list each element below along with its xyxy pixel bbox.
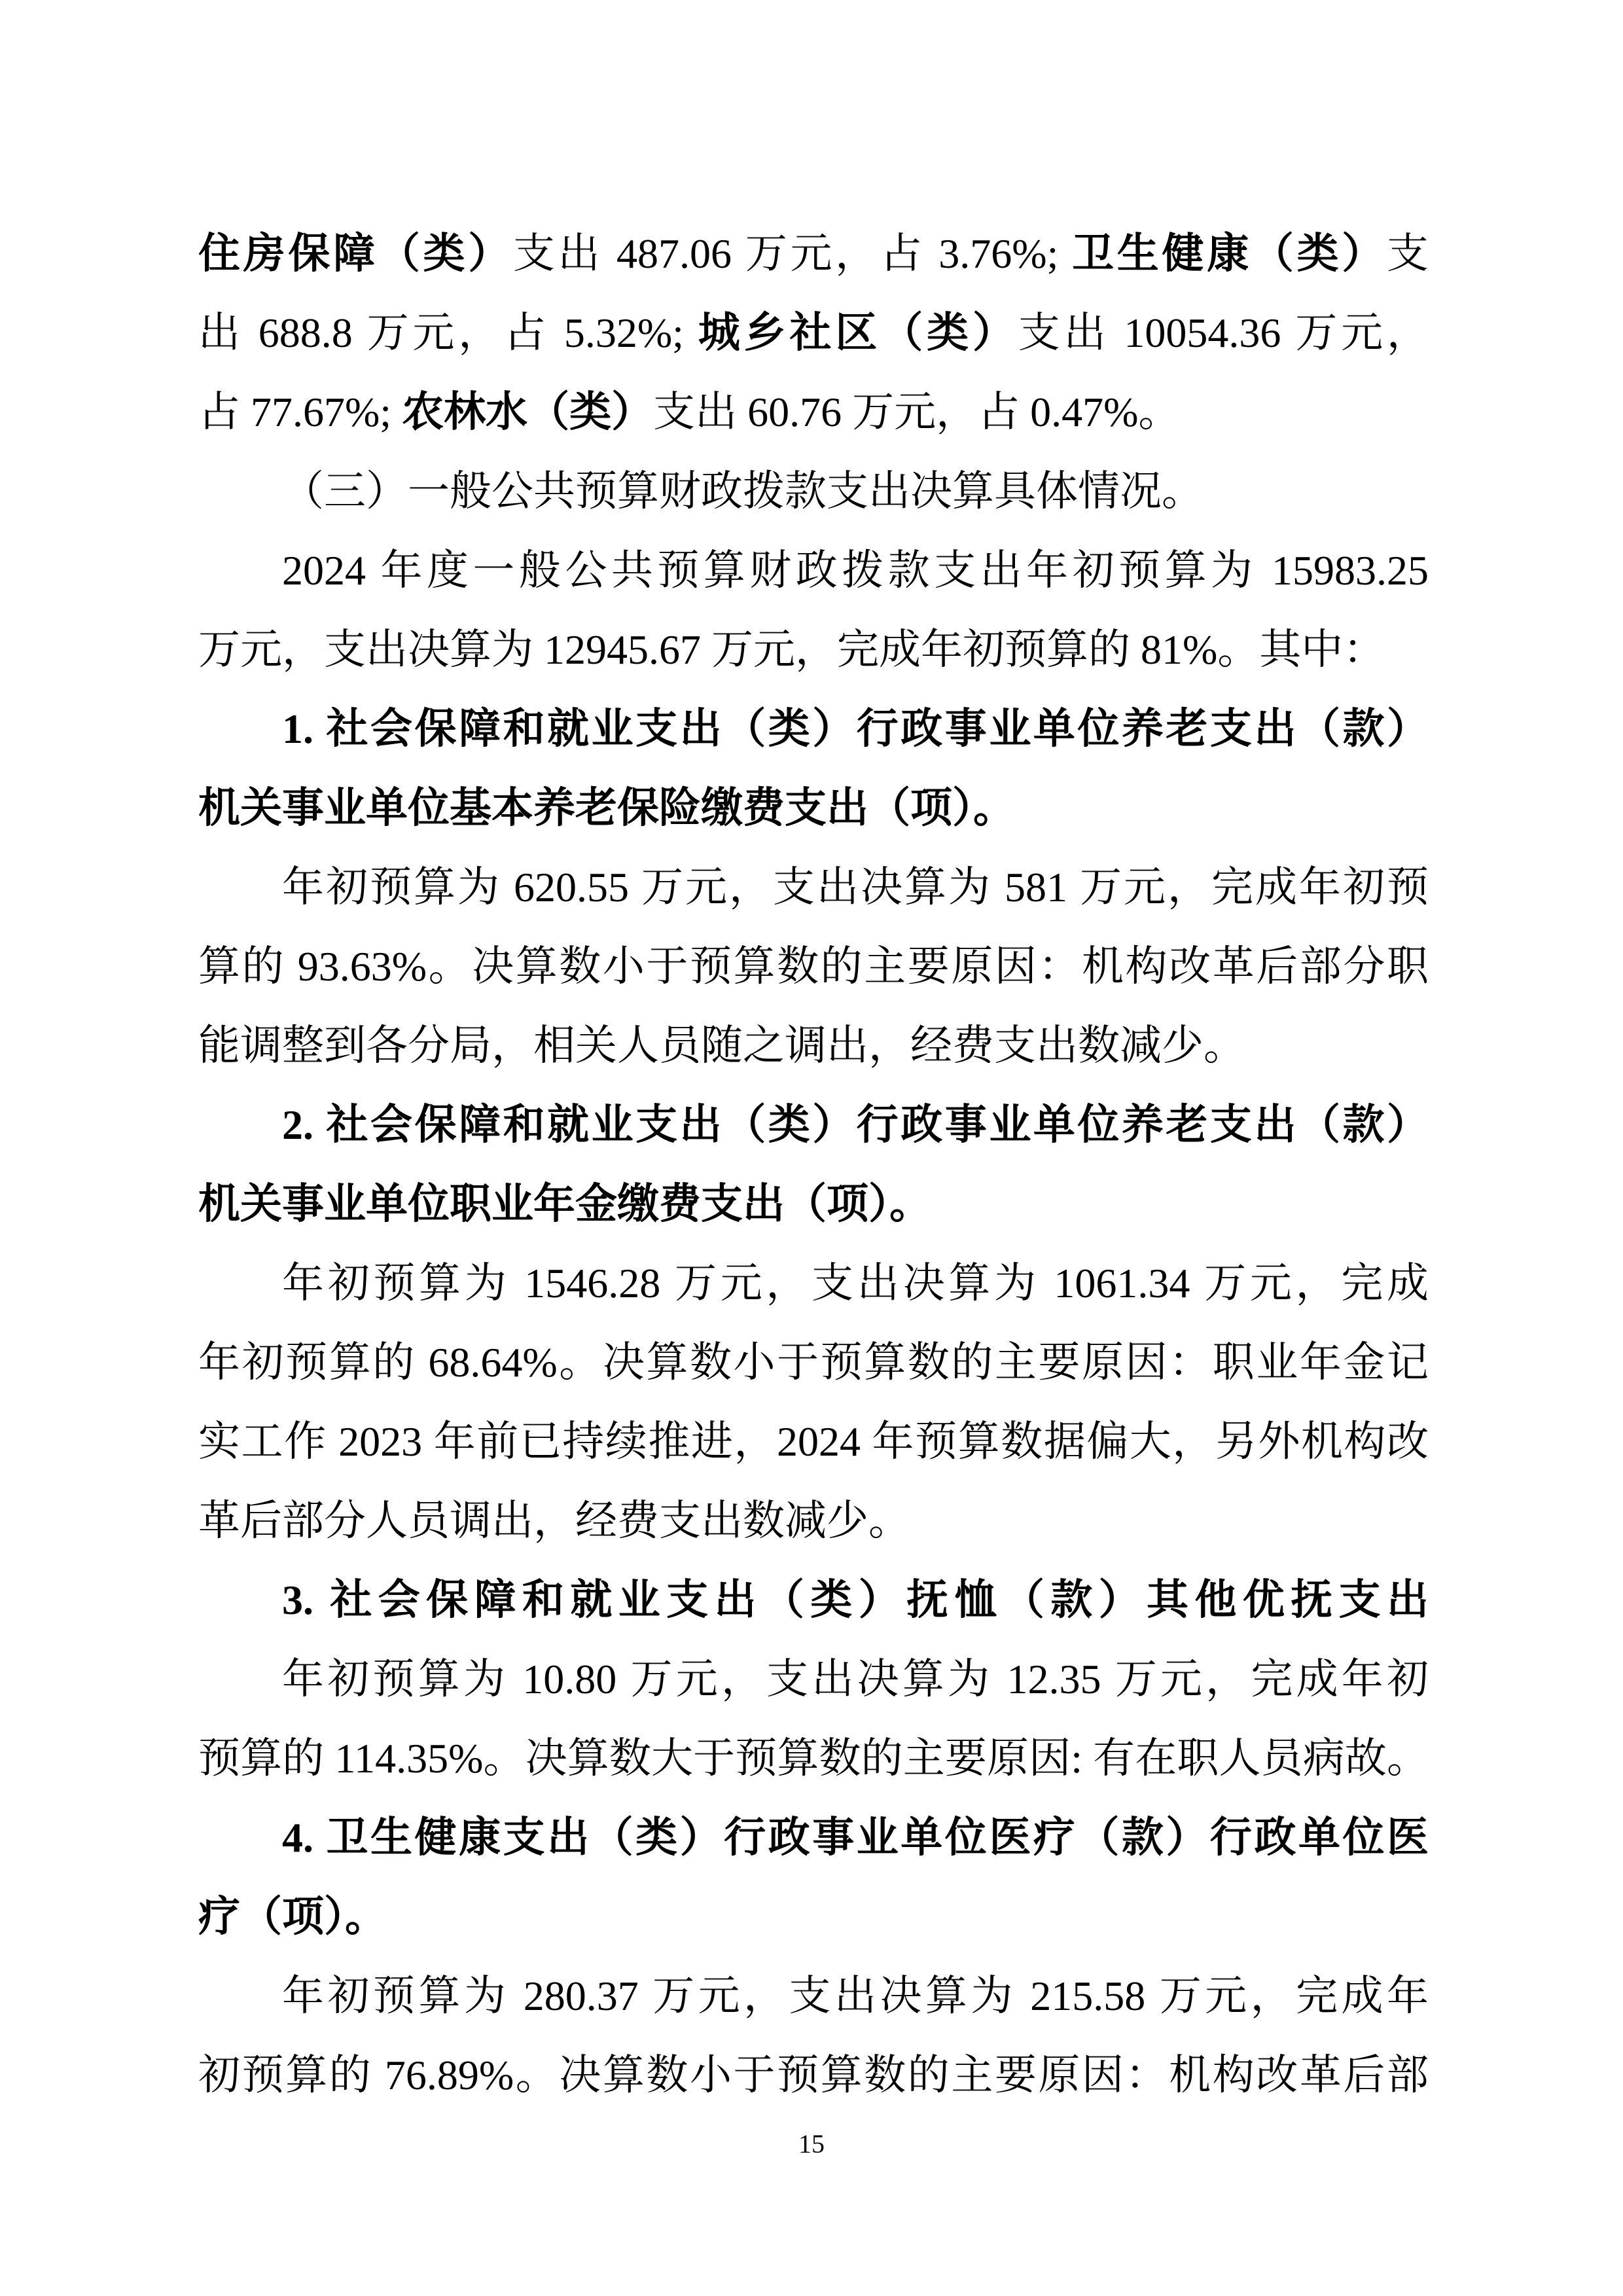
text-line: 住房保障（类）支出 487.06 万元，占 3.76%; 卫生健康（类）支 xyxy=(198,214,1429,293)
body-text: 年初预算为 280.37 万元，支出决算为 215.58 万元，完成年 xyxy=(282,1973,1429,2019)
emphasized-text: 4. 卫生健康支出（类）行政事业单位医疗（款）行政单位医 xyxy=(282,1814,1429,1861)
body-text: 支出 487.06 万元，占 3.76%; xyxy=(513,230,1072,277)
text-line: 预算的 114.35%。决算数大于预算数的主要原因: 有在职人员病故。 xyxy=(198,1719,1429,1798)
emphasized-text: 卫生健康（类） xyxy=(1072,230,1387,277)
text-line: 出 688.8 万元，占 5.32%; 城乡社区（类）支出 10054.36 万… xyxy=(198,293,1429,372)
body-text: 革后部分人员调出，经费支出数减少。 xyxy=(198,1498,910,1544)
text-line: 能调整到各分局，相关人员随之调出，经费支出数减少。 xyxy=(198,1006,1429,1085)
emphasized-text: 机关事业单位基本养老保险缴费支出（项）。 xyxy=(198,785,1015,831)
body-text: 算的 93.63%。决算数小于预算数的主要原因：机构改革后部分职 xyxy=(198,943,1429,990)
emphasized-text: 疗（项）。 xyxy=(198,1893,387,1940)
body-text: 出 688.8 万元，占 5.32%; xyxy=(198,310,698,356)
body-text: 占 77.67%; xyxy=(198,389,402,435)
emphasized-text: 3. 社会保障和就业支出（类）抚恤（款）其他优抚支出（项）。 xyxy=(198,1577,1429,1640)
document-lines: 住房保障（类）支出 487.06 万元，占 3.76%; 卫生健康（类）支出 6… xyxy=(198,214,1429,2115)
emphasized-text: 城乡社区（类） xyxy=(698,310,1018,356)
emphasized-text: 1. 社会保障和就业支出（类）行政事业单位养老支出（款） xyxy=(282,706,1429,752)
text-line: 机关事业单位职业年金缴费支出（项）。 xyxy=(198,1164,1429,1244)
emphasized-text: 农林水（类） xyxy=(402,389,653,435)
body-text: 支 xyxy=(1387,230,1429,277)
text-line: 3. 社会保障和就业支出（类）抚恤（款）其他优抚支出（项）。 xyxy=(198,1560,1429,1640)
text-line: 实工作 2023 年前已持续推进，2024 年预算数据偏大，另外机构改 xyxy=(198,1402,1429,1481)
body-text: 年初预算的 68.64%。决算数小于预算数的主要原因：职业年金记 xyxy=(198,1339,1429,1386)
text-line: 年初预算为 620.55 万元，支出决算为 581 万元，完成年初预 xyxy=(198,848,1429,927)
body-text: 万元，支出决算为 12945.67 万元，完成年初预算的 81%。其中： xyxy=(198,626,1385,673)
text-line: 算的 93.63%。决算数小于预算数的主要原因：机构改革后部分职 xyxy=(198,927,1429,1006)
text-line: 万元，支出决算为 12945.67 万元，完成年初预算的 81%。其中： xyxy=(198,610,1429,689)
text-line: 2024 年度一般公共预算财政拨款支出年初预算为 15983.25 xyxy=(198,531,1429,610)
text-line: 年初预算为 10.80 万元，支出决算为 12.35 万元，完成年初 xyxy=(198,1640,1429,1719)
text-line: 年初预算为 280.37 万元，支出决算为 215.58 万元，完成年 xyxy=(198,1956,1429,2036)
emphasized-text: 机关事业单位职业年金缴费支出（项）。 xyxy=(198,1181,931,1227)
page-number: 15 xyxy=(0,2131,1623,2157)
text-line: 2. 社会保障和就业支出（类）行政事业单位养老支出（款） xyxy=(198,1085,1429,1164)
text-line: 年初预算的 68.64%。决算数小于预算数的主要原因：职业年金记 xyxy=(198,1323,1429,1402)
body-text: 实工作 2023 年前已持续推进，2024 年预算数据偏大，另外机构改 xyxy=(198,1418,1429,1465)
body-text: 2024 年度一般公共预算财政拨款支出年初预算为 15983.25 xyxy=(282,547,1429,594)
text-line: 1. 社会保障和就业支出（类）行政事业单位养老支出（款） xyxy=(198,689,1429,768)
text-line: 占 77.67%; 农林水（类）支出 60.76 万元，占 0.47%。 xyxy=(198,372,1429,452)
body-text: （三）一般公共预算财政拨款支出决算具体情况。 xyxy=(282,468,1204,514)
body-text: 初预算的 76.89%。决算数小于预算数的主要原因：机构改革后部 xyxy=(198,2052,1429,2098)
text-line: 革后部分人员调出，经费支出数减少。 xyxy=(198,1481,1429,1560)
emphasized-text: 住房保障（类） xyxy=(198,230,513,277)
body-text: 支出 10054.36 万元， xyxy=(1018,310,1429,356)
body-text: 年初预算为 1546.28 万元，支出决算为 1061.34 万元，完成 xyxy=(282,1260,1429,1306)
text-line: 4. 卫生健康支出（类）行政事业单位医疗（款）行政单位医 xyxy=(198,1798,1429,1877)
document-page: 住房保障（类）支出 487.06 万元，占 3.76%; 卫生健康（类）支出 6… xyxy=(0,0,1623,2296)
body-text: 年初预算为 10.80 万元，支出决算为 12.35 万元，完成年初 xyxy=(282,1656,1429,1702)
body-text: 支出 60.76 万元，占 0.47%。 xyxy=(653,389,1180,435)
body-text: 能调整到各分局，相关人员随之调出，经费支出数减少。 xyxy=(198,1022,1245,1069)
text-line: 疗（项）。 xyxy=(198,1877,1429,1956)
text-line: 初预算的 76.89%。决算数小于预算数的主要原因：机构改革后部 xyxy=(198,2036,1429,2115)
text-line: 年初预算为 1546.28 万元，支出决算为 1061.34 万元，完成 xyxy=(198,1244,1429,1323)
text-line: （三）一般公共预算财政拨款支出决算具体情况。 xyxy=(198,452,1429,531)
text-line: 机关事业单位基本养老保险缴费支出（项）。 xyxy=(198,768,1429,848)
emphasized-text: 2. 社会保障和就业支出（类）行政事业单位养老支出（款） xyxy=(282,1102,1429,1148)
body-text: 预算的 114.35%。决算数大于预算数的主要原因: 有在职人员病故。 xyxy=(198,1735,1429,1782)
body-text: 年初预算为 620.55 万元，支出决算为 581 万元，完成年初预 xyxy=(282,864,1429,910)
